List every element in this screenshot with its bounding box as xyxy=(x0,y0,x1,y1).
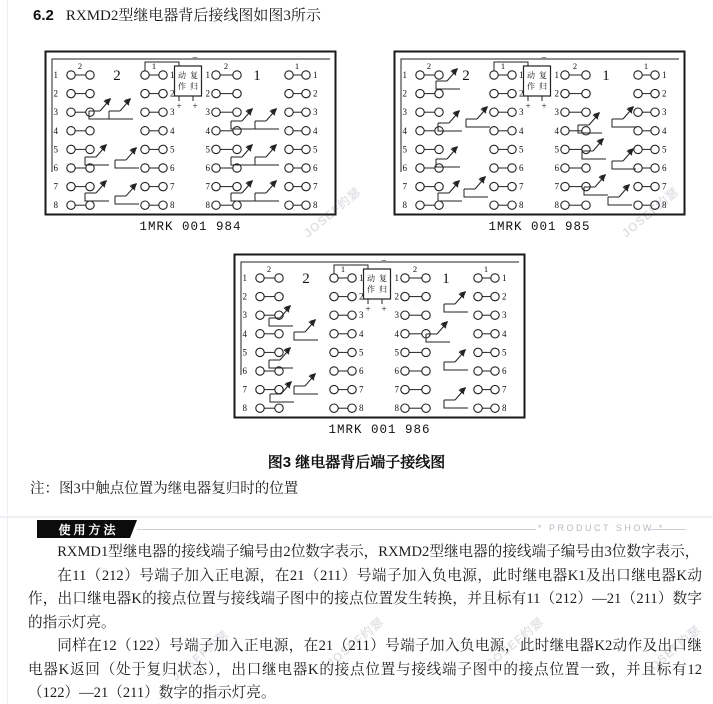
svg-text:8: 8 xyxy=(395,403,400,413)
svg-text:5: 5 xyxy=(519,144,524,154)
svg-text:1: 1 xyxy=(519,70,524,80)
svg-text:5: 5 xyxy=(662,144,667,154)
svg-text:8: 8 xyxy=(662,200,667,210)
wiring-diagram-985: 11112222333344445555666677778888212121动作… xyxy=(393,50,686,216)
svg-text:6: 6 xyxy=(403,163,408,173)
svg-text:2: 2 xyxy=(243,292,248,302)
svg-text:1: 1 xyxy=(295,61,299,71)
svg-text:6: 6 xyxy=(54,163,59,173)
svg-text:6: 6 xyxy=(502,366,507,376)
svg-text:7: 7 xyxy=(395,385,400,395)
svg-text:归: 归 xyxy=(539,81,547,91)
svg-text:8: 8 xyxy=(54,200,59,210)
svg-text:6: 6 xyxy=(170,163,175,173)
svg-text:1: 1 xyxy=(403,70,408,80)
svg-text:6: 6 xyxy=(662,163,667,173)
svg-text:3: 3 xyxy=(243,310,248,320)
svg-text:1: 1 xyxy=(170,70,175,80)
svg-text:2: 2 xyxy=(224,61,228,71)
svg-text:6: 6 xyxy=(313,163,318,173)
svg-text:6: 6 xyxy=(395,366,400,376)
svg-text:1: 1 xyxy=(442,271,450,287)
svg-text:7: 7 xyxy=(502,385,507,395)
svg-text:2: 2 xyxy=(359,292,364,302)
svg-text:5: 5 xyxy=(313,144,318,154)
svg-text:1: 1 xyxy=(662,70,667,80)
svg-text:4: 4 xyxy=(519,126,524,136)
svg-text:5: 5 xyxy=(359,347,364,357)
svg-text:3: 3 xyxy=(313,107,318,117)
svg-text:4: 4 xyxy=(555,126,560,136)
svg-text:−: − xyxy=(541,53,547,64)
section-banner-label: 使用方法 xyxy=(55,521,118,538)
svg-text:4: 4 xyxy=(395,329,400,339)
svg-text:+: + xyxy=(192,101,197,111)
banner-line-left xyxy=(137,529,536,530)
svg-text:复: 复 xyxy=(379,273,387,283)
svg-text:5: 5 xyxy=(395,347,400,357)
svg-text:作: 作 xyxy=(527,81,535,91)
svg-text:2: 2 xyxy=(519,89,524,99)
svg-text:4: 4 xyxy=(662,126,667,136)
svg-text:1: 1 xyxy=(54,70,59,80)
relay-diagram-984: 11112222333344445555666677778888212121动作… xyxy=(44,50,337,234)
svg-text:7: 7 xyxy=(170,182,175,192)
svg-text:+: + xyxy=(381,304,386,314)
body-text: RXMD1型继电器的接线端子编号由2位数字表示，RXMD2型继电器的接线端子编号… xyxy=(28,541,702,704)
figure-note: 注：图3中触点位置为继电器复归时的位置 xyxy=(30,477,298,498)
svg-text:5: 5 xyxy=(54,144,59,154)
section-heading: 6.2RXMD2型继电器背后接线图如图3所示 xyxy=(33,4,321,25)
svg-text:−: − xyxy=(381,256,387,267)
svg-text:2: 2 xyxy=(573,61,577,71)
svg-text:1: 1 xyxy=(502,273,507,283)
svg-text:7: 7 xyxy=(662,182,667,192)
svg-text:2: 2 xyxy=(206,89,211,99)
svg-text:复: 复 xyxy=(190,70,198,80)
svg-text:4: 4 xyxy=(243,329,248,339)
svg-text:3: 3 xyxy=(403,107,408,117)
svg-text:7: 7 xyxy=(403,182,408,192)
svg-text:8: 8 xyxy=(313,200,318,210)
svg-text:2: 2 xyxy=(78,61,82,71)
svg-text:8: 8 xyxy=(555,200,560,210)
svg-text:7: 7 xyxy=(519,182,524,192)
svg-text:7: 7 xyxy=(206,182,211,192)
wiring-diagram-986: 11112222333344445555666677778888212121动作… xyxy=(233,253,526,419)
svg-text:作: 作 xyxy=(178,81,186,91)
section-banner: 使用方法 xyxy=(37,520,137,538)
svg-text:动: 动 xyxy=(367,273,375,283)
svg-text:5: 5 xyxy=(243,347,248,357)
svg-text:1: 1 xyxy=(602,68,610,84)
svg-text:归: 归 xyxy=(190,81,198,91)
diagram-label: 1MRK 001 984 xyxy=(44,220,337,234)
banner-line-right xyxy=(649,529,686,530)
paragraph: RXMD1型继电器的接线端子编号由2位数字表示，RXMD2型继电器的接线端子编号… xyxy=(28,541,702,565)
section-title: RXMD2型继电器背后接线图如图3所示 xyxy=(66,8,321,24)
diagram-label: 1MRK 001 985 xyxy=(393,220,686,234)
svg-text:6: 6 xyxy=(555,163,560,173)
svg-text:6: 6 xyxy=(519,163,524,173)
svg-text:2: 2 xyxy=(395,292,400,302)
svg-text:1: 1 xyxy=(253,68,261,84)
svg-text:2: 2 xyxy=(413,264,417,274)
svg-text:3: 3 xyxy=(206,107,211,117)
svg-text:1: 1 xyxy=(395,273,400,283)
svg-text:+: + xyxy=(176,101,181,111)
svg-text:2: 2 xyxy=(54,89,59,99)
svg-text:8: 8 xyxy=(359,403,364,413)
svg-text:4: 4 xyxy=(313,126,318,136)
svg-text:5: 5 xyxy=(555,144,560,154)
svg-text:1: 1 xyxy=(243,273,248,283)
svg-text:1: 1 xyxy=(206,70,211,80)
svg-text:4: 4 xyxy=(54,126,59,136)
svg-text:5: 5 xyxy=(403,144,408,154)
figure-caption: 图3 继电器背后端子接线图 xyxy=(0,451,713,472)
svg-text:−: − xyxy=(192,53,198,64)
svg-text:3: 3 xyxy=(170,107,175,117)
svg-text:8: 8 xyxy=(502,403,507,413)
paragraph: 同样在12（122）号端子加入正电源，在21（211）号端子加入负电源，此时继电… xyxy=(28,635,702,704)
svg-text:8: 8 xyxy=(243,403,248,413)
svg-text:2: 2 xyxy=(302,271,310,287)
svg-text:作: 作 xyxy=(367,284,375,294)
relay-diagram-986: 11112222333344445555666677778888212121动作… xyxy=(233,253,526,437)
svg-text:3: 3 xyxy=(519,107,524,117)
svg-text:1: 1 xyxy=(313,70,318,80)
svg-text:3: 3 xyxy=(359,310,364,320)
svg-text:1: 1 xyxy=(484,264,488,274)
svg-text:2: 2 xyxy=(267,264,271,274)
svg-text:2: 2 xyxy=(313,89,318,99)
svg-text:2: 2 xyxy=(462,68,470,84)
svg-text:4: 4 xyxy=(170,126,175,136)
svg-text:2: 2 xyxy=(113,68,121,84)
svg-text:+: + xyxy=(525,101,530,111)
svg-text:8: 8 xyxy=(206,200,211,210)
svg-text:1: 1 xyxy=(555,70,560,80)
svg-text:5: 5 xyxy=(170,144,175,154)
svg-text:+: + xyxy=(365,304,370,314)
svg-text:6: 6 xyxy=(359,366,364,376)
document-page: 6.2RXMD2型继电器背后接线图如图3所示 11112222333344445… xyxy=(0,0,713,704)
svg-text:复: 复 xyxy=(539,70,547,80)
svg-text:2: 2 xyxy=(427,61,431,71)
paragraph: 在11（212）号端子加入正电源，在21（211）号端子加入负电源，此时继电器K… xyxy=(28,565,702,636)
svg-text:4: 4 xyxy=(359,329,364,339)
svg-text:2: 2 xyxy=(403,89,408,99)
svg-text:2: 2 xyxy=(662,89,667,99)
svg-text:3: 3 xyxy=(502,310,507,320)
svg-text:8: 8 xyxy=(170,200,175,210)
svg-text:1: 1 xyxy=(359,273,364,283)
svg-text:5: 5 xyxy=(206,144,211,154)
svg-text:3: 3 xyxy=(395,310,400,320)
diagram-label: 1MRK 001 986 xyxy=(233,423,526,437)
svg-text:归: 归 xyxy=(379,284,387,294)
svg-text:8: 8 xyxy=(519,200,524,210)
svg-text:3: 3 xyxy=(54,107,59,117)
svg-text:3: 3 xyxy=(662,107,667,117)
svg-text:+: + xyxy=(541,101,546,111)
svg-text:2: 2 xyxy=(502,292,507,302)
svg-text:2: 2 xyxy=(555,89,560,99)
svg-text:7: 7 xyxy=(243,385,248,395)
svg-text:4: 4 xyxy=(403,126,408,136)
svg-text:动: 动 xyxy=(527,70,535,80)
svg-text:6: 6 xyxy=(243,366,248,376)
svg-text:2: 2 xyxy=(170,89,175,99)
svg-text:6: 6 xyxy=(206,163,211,173)
section-number: 6.2 xyxy=(33,7,54,24)
svg-text:4: 4 xyxy=(502,329,507,339)
relay-diagram-985: 11112222333344445555666677778888212121动作… xyxy=(393,50,686,234)
svg-text:7: 7 xyxy=(313,182,318,192)
wiring-diagram-984: 11112222333344445555666677778888212121动作… xyxy=(44,50,337,216)
section-divider-rule xyxy=(0,516,713,518)
svg-text:1: 1 xyxy=(644,61,648,71)
product-show-label: * PRODUCT SHOW * xyxy=(538,523,648,533)
svg-text:7: 7 xyxy=(555,182,560,192)
svg-text:动: 动 xyxy=(178,70,186,80)
page-left-rule xyxy=(7,0,8,704)
svg-text:7: 7 xyxy=(54,182,59,192)
svg-text:8: 8 xyxy=(403,200,408,210)
svg-text:4: 4 xyxy=(206,126,211,136)
svg-text:7: 7 xyxy=(359,385,364,395)
svg-text:5: 5 xyxy=(502,347,507,357)
svg-text:3: 3 xyxy=(555,107,560,117)
